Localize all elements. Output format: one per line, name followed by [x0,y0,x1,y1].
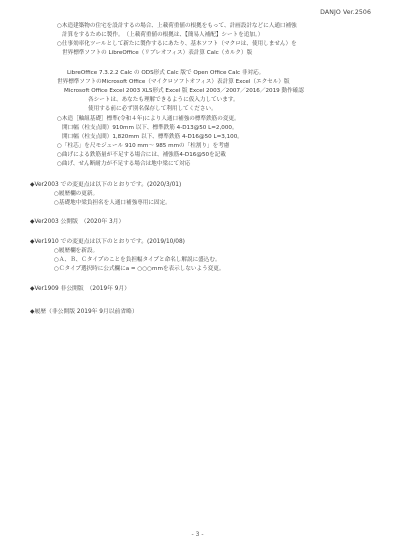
intro-line: ○曲げによる鉄筋量が不足する場合には、補強筋4-D16@50を記載 [57,152,226,159]
section-heading: ◆履歴（非公開版 2019年 9月以前省略） [30,309,138,316]
section-heading: ◆Ver1909 非公開版 （2019年 9月） [30,286,130,293]
page-number: - 3 - [0,531,395,538]
document-page: DANJO Ver.2506 ○木造建築物の住宅を設計するの場合、上載荷重値の根… [0,0,395,560]
intro-line: 開口幅（柱支点間）1,820mm 以下、標準鉄筋 4-D16@50 L=3,10… [62,134,243,141]
intro-line: Microsoft Office Excel 2003 XLS形式 Excel … [64,88,304,95]
section-item: ○履歴欄の更新。 [54,191,98,198]
intro-line: ○「柱芯」を尺モジュール 910 mm～ 985 mmの「柱割り」を考慮 [57,143,229,150]
intro-line: 計算をするために製作。 （上載荷重値の根拠は、【簡易人補配】シートを追加。） [62,32,263,39]
intro-line: ○仕事効率化ツールとして新たに製作するにあたり、基本ソフト（マクロは、使用しませ… [57,41,297,48]
section-item: ○Ａ、Ｂ、Ｃタイプのことを負担幅タイプと命名し解説に盛込む。 [54,257,221,264]
intro-line: 使用する前に必ず別名保存して利用してください。 [88,106,217,113]
section-item: ○履歴欄を新設。 [54,248,98,255]
section-item: ○Ｃタイプ選択時に公式欄にa = ○○○mmを表示しないよう変更。 [54,266,224,273]
section-heading: ◆Ver1910 での変更点は以下のとおりです。(2019/10/08) [30,239,185,246]
section-heading: ◆Ver2003 公開版 （2020年 3月） [30,219,124,226]
section-item: ○基礎地中梁負担名を人通口補強専用に固定。 [54,200,171,207]
intro-line: ○木造［軸組基礎］標準(令和４年)により人通口補強の標準鉄筋の変更。 [57,116,240,123]
section-heading: ◆Ver2003 での変更点は以下のとおりです。(2020/3/01) [30,182,181,189]
intro-line: 世界標準ソフトの LibreOffice（リブレオフィス）表計算 Calc（カル… [62,50,252,57]
document-version-header: DANJO Ver.2506 [320,9,371,16]
intro-line: 開口幅（柱支点間）910mm 以下、標準鉄筋 4-D13@50 L=2,000。 [62,125,238,132]
intro-line: LibreOffice 7.3.2.2 Calc の ODS形式 Calc 版で… [67,70,264,77]
intro-line: 各シートは、あなたも理解できるように仮入力しています。 [88,97,239,104]
intro-line: ○曲げ、せん断耐力が不足する場合は地中梁にて対応 [57,161,190,168]
intro-line: 世界標準ソフトのMicrosoft Office（マイクロソフトオフィス）表計算… [57,79,290,86]
intro-line: ○木造建築物の住宅を設計するの場合、上載荷重値の根拠をもって、計画設計などに人通… [57,23,297,30]
